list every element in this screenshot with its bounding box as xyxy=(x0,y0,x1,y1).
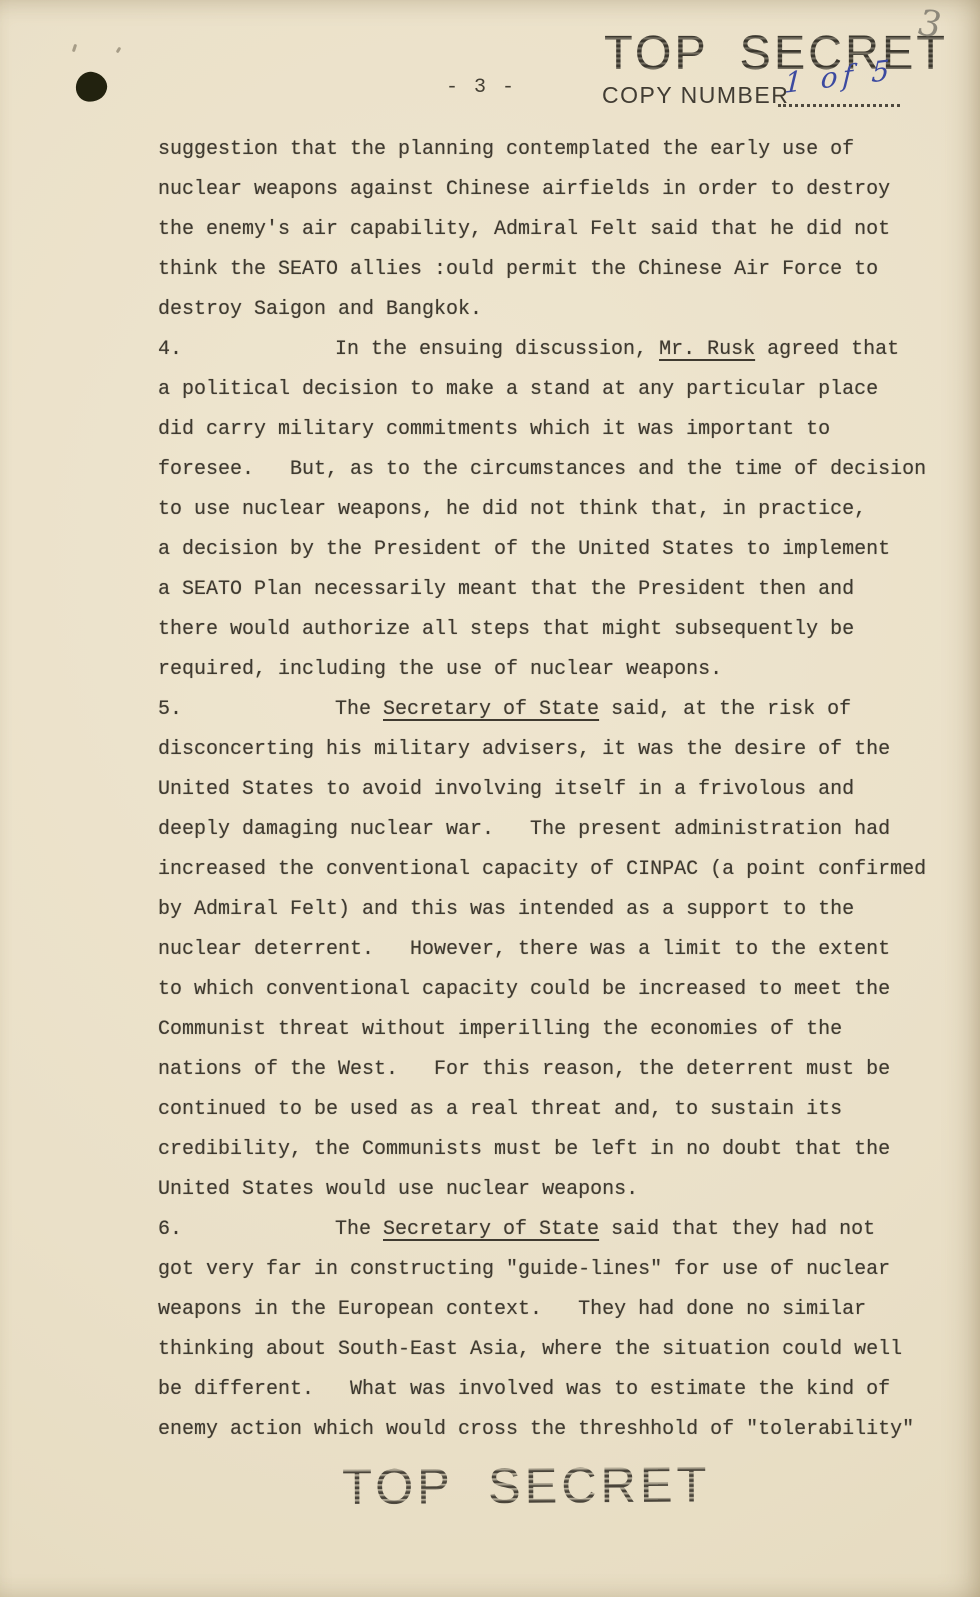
copy-number-label: COPY NUMBER xyxy=(602,82,789,109)
pencil-speck xyxy=(116,47,122,54)
text-line: increased the conventional capacity of C… xyxy=(158,850,950,890)
text-line: enemy action which would cross the thres… xyxy=(158,1410,950,1450)
paragraph: 4.In the ensuing discussion, Mr. Rusk ag… xyxy=(158,330,950,690)
text-line: 6.The Secretary of State said that they … xyxy=(158,1210,950,1250)
underlined-text: Mr. Rusk xyxy=(659,338,755,361)
text-line: the enemy's air capability, Admiral Felt… xyxy=(158,210,950,250)
text-line: by Admiral Felt) and this was intended a… xyxy=(158,890,950,930)
paragraph: 5.The Secretary of State said, at the ri… xyxy=(158,690,950,1210)
paragraph: suggestion that the planning contemplate… xyxy=(158,130,950,330)
text-line: a decision by the President of the Unite… xyxy=(158,530,950,570)
text-line: 4.In the ensuing discussion, Mr. Rusk ag… xyxy=(158,330,950,370)
text-line: be different. What was involved was to e… xyxy=(158,1370,950,1410)
text-line: foresee. But, as to the circumstances an… xyxy=(158,450,950,490)
text-line: think the SEATO allies :ould permit the … xyxy=(158,250,950,290)
text-line: to use nuclear weapons, he did not think… xyxy=(158,490,950,530)
text-line: destroy Saigon and Bangkok. xyxy=(158,290,950,330)
text-line: United States to avoid involving itself … xyxy=(158,770,950,810)
text-line: got very far in constructing "guide-line… xyxy=(158,1250,950,1290)
text-line: there would authorize all steps that mig… xyxy=(158,610,950,650)
pencil-speck xyxy=(72,44,77,53)
paragraph-number: 5. xyxy=(158,690,182,730)
text-line: required, including the use of nuclear w… xyxy=(158,650,950,690)
hole-punch-mark xyxy=(73,69,110,105)
page-number: - 3 - xyxy=(446,76,516,99)
text-line: a political decision to make a stand at … xyxy=(158,370,950,410)
text-line: thinking about South-East Asia, where th… xyxy=(158,1330,950,1370)
paragraph-number: 4. xyxy=(158,330,182,370)
text-line: a SEATO Plan necessarily meant that the … xyxy=(158,570,950,610)
underlined-text: Secretary of State xyxy=(383,698,599,721)
text-line: Communist threat without imperilling the… xyxy=(158,1010,950,1050)
document-body: suggestion that the planning contemplate… xyxy=(158,130,950,1450)
document-page: TOP SECRET - 3 - COPY NUMBER 1 of 5 3 su… xyxy=(0,0,980,1597)
text-line: nuclear deterrent. However, there was a … xyxy=(158,930,950,970)
text-line: 5.The Secretary of State said, at the ri… xyxy=(158,690,950,730)
text-line: nations of the West. For this reason, th… xyxy=(158,1050,950,1090)
text-line: continued to be used as a real threat an… xyxy=(158,1090,950,1130)
text-line: credibility, the Communists must be left… xyxy=(158,1130,950,1170)
text-line: did carry military commitments which it … xyxy=(158,410,950,450)
text-line: to which conventional capacity could be … xyxy=(158,970,950,1010)
text-line: deeply damaging nuclear war. The present… xyxy=(158,810,950,850)
paragraph: 6.The Secretary of State said that they … xyxy=(158,1210,950,1450)
text-line: United States would use nuclear weapons. xyxy=(158,1170,950,1210)
top-secret-stamp-top: TOP SECRET xyxy=(604,30,948,78)
top-secret-stamp-bottom: TOP SECRET xyxy=(342,1459,711,1512)
text-line: weapons in the European context. They ha… xyxy=(158,1290,950,1330)
text-line: disconcerting his military advisers, it … xyxy=(158,730,950,770)
underlined-text: Secretary of State xyxy=(383,1218,599,1241)
paragraph-number: 6. xyxy=(158,1210,182,1250)
text-line: nuclear weapons against Chinese airfield… xyxy=(158,170,950,210)
text-line: suggestion that the planning contemplate… xyxy=(158,130,950,170)
